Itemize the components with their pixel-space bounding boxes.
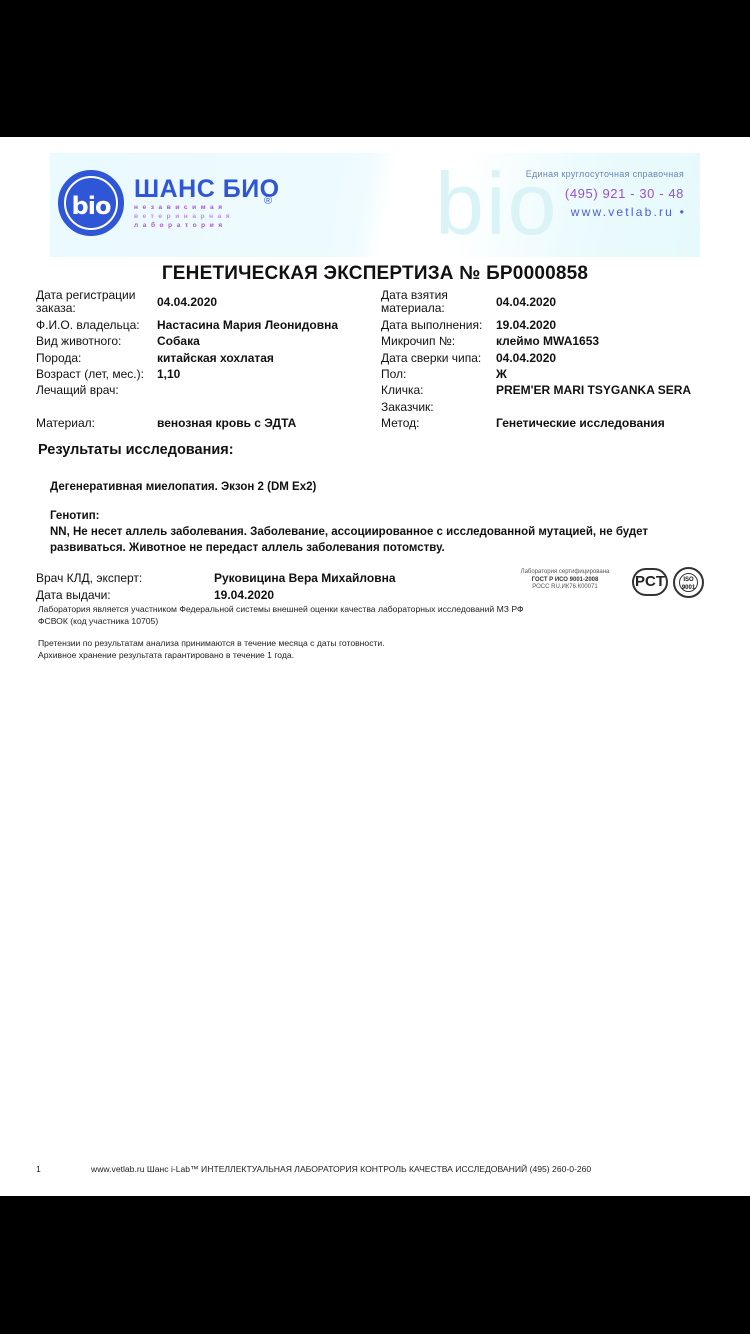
label-species: Вид животного: (36, 335, 121, 348)
value-species: Собака (157, 335, 200, 348)
helpline-label: Единая круглосуточная справочная (526, 169, 684, 179)
label-sex: Пол: (381, 368, 406, 381)
footer-text: www.vetlab.ru Шанс i-Lab™ ИНТЕЛЛЕКТУАЛЬН… (91, 1164, 591, 1174)
genotype-label: Генотип: (50, 510, 100, 522)
results-heading: Результаты исследования: (38, 442, 234, 458)
archive-note: Архивное хранение результата гарантирова… (38, 649, 294, 661)
bio-logo-icon: bio (58, 170, 124, 236)
label-sampling-date: Дата взятия материала: (381, 289, 481, 315)
label-completion-date: Дата выполнения: (381, 319, 482, 332)
fsvok-note-line2: ФСВОК (код участника 10705) (38, 615, 158, 627)
value-expert: Руковицина Вера Михайловна (214, 572, 396, 585)
brand-tagline-2: ветеринарная (134, 213, 234, 220)
label-expert: Врач КЛД, эксперт: (36, 572, 142, 585)
label-attending-vet: Лечащий врач: (36, 384, 119, 397)
test-name: Дегенеративная миелопатия. Экзон 2 (DM E… (50, 481, 316, 493)
value-method: Генетические исследования (496, 417, 665, 430)
brand-tagline-3: лаборатория (134, 222, 227, 229)
value-sampling-date: 04.04.2020 (496, 296, 556, 309)
brand-tagline-1: независимая (134, 204, 227, 211)
label-microchip: Микрочип №: (381, 335, 455, 348)
label-method: Метод: (381, 417, 420, 430)
label-nickname: Кличка: (381, 384, 423, 397)
value-completion-date: 19.04.2020 (496, 319, 556, 332)
genotype-result: NN, Не несет аллель заболевания. Заболев… (50, 524, 710, 556)
pct-cert-icon: PCT (632, 568, 668, 596)
document-title: ГЕНЕТИЧЕСКАЯ ЭКСПЕРТИЗА № БР0000858 (0, 263, 750, 285)
registered-mark: ® (264, 195, 272, 207)
label-breed: Порода: (36, 352, 81, 365)
label-age: Возраст (лет, мес.): (36, 368, 144, 381)
label-registration-date: Дата регистрации заказа: (36, 289, 151, 315)
value-age: 1,10 (157, 368, 180, 381)
document-page: bio bio ШАНС БИО ® независимая ветеринар… (0, 137, 750, 1196)
label-material: Материал: (36, 417, 95, 430)
value-microchip: клеймо MWA1653 (496, 335, 599, 348)
label-customer: Заказчик: (381, 401, 434, 414)
value-registration-date: 04.04.2020 (157, 296, 217, 309)
fsvok-note-line1: Лаборатория является участником Федераль… (38, 603, 524, 615)
iso-cert-icon: ISO 9001 (673, 567, 704, 598)
label-issue-date: Дата выдачи: (36, 589, 111, 602)
value-material: венозная кровь с ЭДТА (157, 417, 296, 430)
website-link: www.vetlab.ru • (571, 205, 686, 219)
page-number: 1 (36, 1164, 41, 1174)
value-chip-check-date: 04.04.2020 (496, 352, 556, 365)
label-owner: Ф.И.О. владельца: (36, 319, 140, 332)
value-owner: Настасина Мария Леонидовна (157, 319, 338, 332)
logo-mark-text: bio (61, 192, 121, 220)
helpline-phone: (495) 921 - 30 - 48 (565, 186, 684, 201)
label-chip-check-date: Дата сверки чипа: (381, 352, 481, 365)
certification-text: Лаборатория сертифицирована ГОСТ Р ИСО 9… (500, 569, 630, 592)
value-issue-date: 19.04.2020 (214, 589, 274, 602)
value-breed: китайская хохлатая (157, 352, 274, 365)
value-sex: Ж (496, 368, 507, 381)
brand-name: ШАНС БИО (134, 175, 280, 204)
claims-note: Претензии по результатам анализа принима… (38, 637, 385, 649)
lab-banner: bio bio ШАНС БИО ® независимая ветеринар… (50, 153, 700, 257)
value-nickname: PREM'ER MARI TSYGANKA SERA (496, 384, 691, 397)
